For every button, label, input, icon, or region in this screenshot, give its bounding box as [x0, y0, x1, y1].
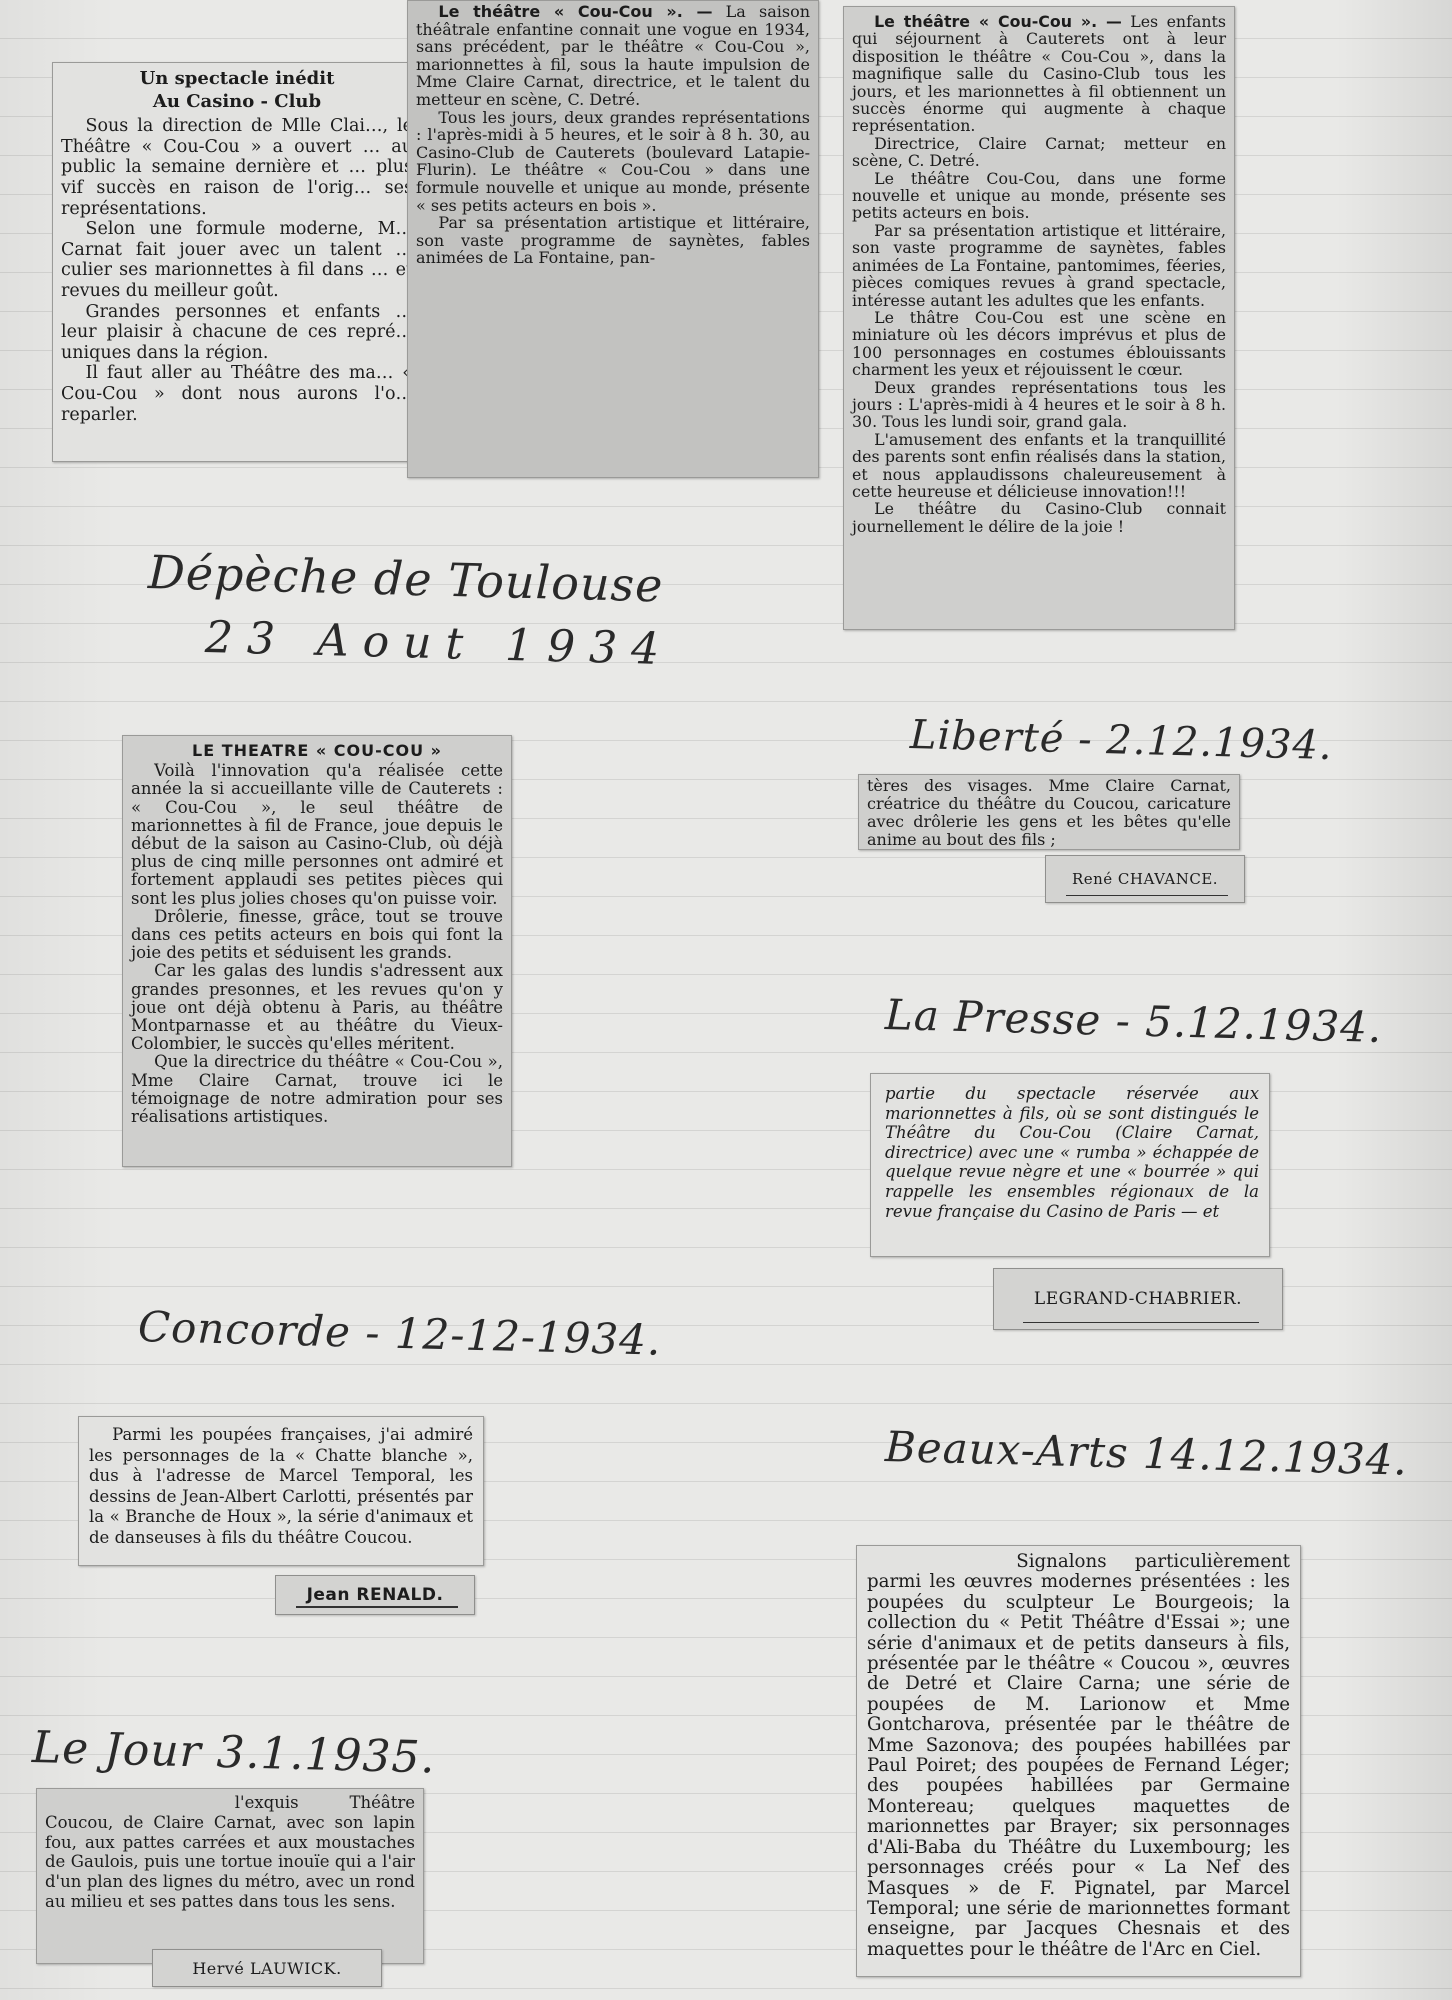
annotation-depeche-source: Dépèche de Toulouse — [147, 545, 664, 612]
clipping-paragraph: L'amusement des enfants et la tranquilli… — [852, 431, 1226, 501]
clipping-paragraph: Le théâtre « Cou-Cou ». — Les enfants qu… — [852, 13, 1226, 135]
clipping-paragraph: Directrice, Claire Carnat; metteur en sc… — [852, 135, 1226, 170]
clipping-text: tères des visages. Mme Claire Carnat, cr… — [867, 777, 1231, 849]
clipping-paragraph: Drôlerie, finesse, grâce, tout se trouve… — [131, 908, 503, 963]
clipping-paragraph: Il faut aller au Théâtre des ma… « Cou-C… — [61, 363, 413, 425]
clipping-paragraph: Le théâtre Cou-Cou, dans une forme nouve… — [852, 170, 1226, 222]
clipping-paragraph: Deux grandes représentations tous les jo… — [852, 379, 1226, 431]
clipping-paragraph: Le théâtre « Cou-Cou ». — La saison théâ… — [416, 3, 810, 109]
clipping-le-jour: l'exquis Théâtre Coucou, de Claire Carna… — [36, 1788, 424, 1964]
signature-herve-lauwick: Hervé LAUWICK. — [152, 1949, 382, 1987]
annotation-depeche-date: 23 Aout 1934 — [204, 612, 673, 675]
clipping-paragraph: Car les galas des lundis s'adressent aux… — [131, 962, 503, 1053]
annotation-la-presse: La Presse - 5.12.1934. — [884, 990, 1383, 1052]
clipping-liberte: tères des visages. Mme Claire Carnat, cr… — [858, 774, 1240, 850]
annotation-beaux-arts: Beaux-Arts 14.12.1934. — [884, 1422, 1408, 1485]
signature-rule — [1023, 1322, 1259, 1323]
annotation-liberte: Liberté - 2.12.1934. — [909, 712, 1333, 769]
annotation-concorde: Concorde - 12-12-1934. — [137, 1302, 662, 1365]
clipping-text: partie du spectacle réservée aux marionn… — [885, 1084, 1259, 1221]
clipping-lead: Le théâtre « Cou-Cou ». — — [438, 2, 712, 21]
clipping-headline: LE THEATRE « COU-COU » — [131, 742, 503, 760]
signature-legrand-chabrier: LEGRAND-CHABRIER. — [993, 1268, 1283, 1330]
clipping-paragraph: Tous les jours, deux grandes représentat… — [416, 109, 810, 215]
annotation-le-jour: Le Jour 3.1.1935. — [31, 1722, 436, 1784]
signature-jean-renald: Jean RENALD. — [275, 1575, 475, 1615]
signature-rene-chavance: René CHAVANCE. — [1045, 855, 1245, 903]
clipping-paragraph: Le théâtre du Casino-Club connait journe… — [852, 500, 1226, 535]
signature-rule — [296, 1606, 458, 1608]
clipping-text: l'exquis Théâtre Coucou, de Claire Carna… — [45, 1793, 415, 1912]
clipping-la-presse: partie du spectacle réservée aux marionn… — [870, 1073, 1270, 1257]
clipping-paragraph: Par sa présentation artistique et littér… — [416, 214, 810, 267]
clipping-paragraph: Par sa présentation artistique et littér… — [852, 222, 1226, 309]
clipping-subheadline: Au Casino - Club — [61, 92, 413, 113]
clipping-paragraph: Selon une formule moderne, M… Carnat fai… — [61, 219, 413, 301]
clipping-headline: Un spectacle inédit — [61, 69, 413, 90]
clipping-paragraph: Le thâtre Cou-Cou est une scène en minia… — [852, 309, 1226, 379]
clipping-enfants-cauterets: Le théâtre « Cou-Cou ». — Les enfants qu… — [843, 6, 1235, 630]
clipping-text: Signalons particulièrement parmi les œuv… — [867, 1552, 1290, 1960]
clipping-paragraph: Grandes personnes et enfants … leur plai… — [61, 302, 413, 364]
clipping-theatre-coucou: LE THEATRE « COU-COU » Voilà l'innovatio… — [122, 735, 512, 1167]
clipping-beaux-arts: Signalons particulièrement parmi les œuv… — [856, 1545, 1301, 1977]
clipping-casino-club: Un spectacle inédit Au Casino - Club Sou… — [52, 62, 422, 462]
signature-rule — [1066, 895, 1228, 896]
clipping-text: Parmi les poupées françaises, j'ai admir… — [89, 1425, 473, 1549]
clipping-paragraph: Sous la direction de Mlle Clai…, le Théâ… — [61, 116, 413, 219]
clipping-paragraph: Que la directrice du théâtre « Cou-Cou »… — [131, 1053, 503, 1126]
clipping-concorde: Parmi les poupées françaises, j'ai admir… — [78, 1416, 484, 1566]
clipping-saison-theatrale: Le théâtre « Cou-Cou ». — La saison théâ… — [407, 0, 819, 478]
clipping-paragraph: Voilà l'innovation qu'a réalisée cette a… — [131, 762, 503, 908]
clipping-lead: Le théâtre « Cou-Cou ». — — [874, 12, 1122, 31]
